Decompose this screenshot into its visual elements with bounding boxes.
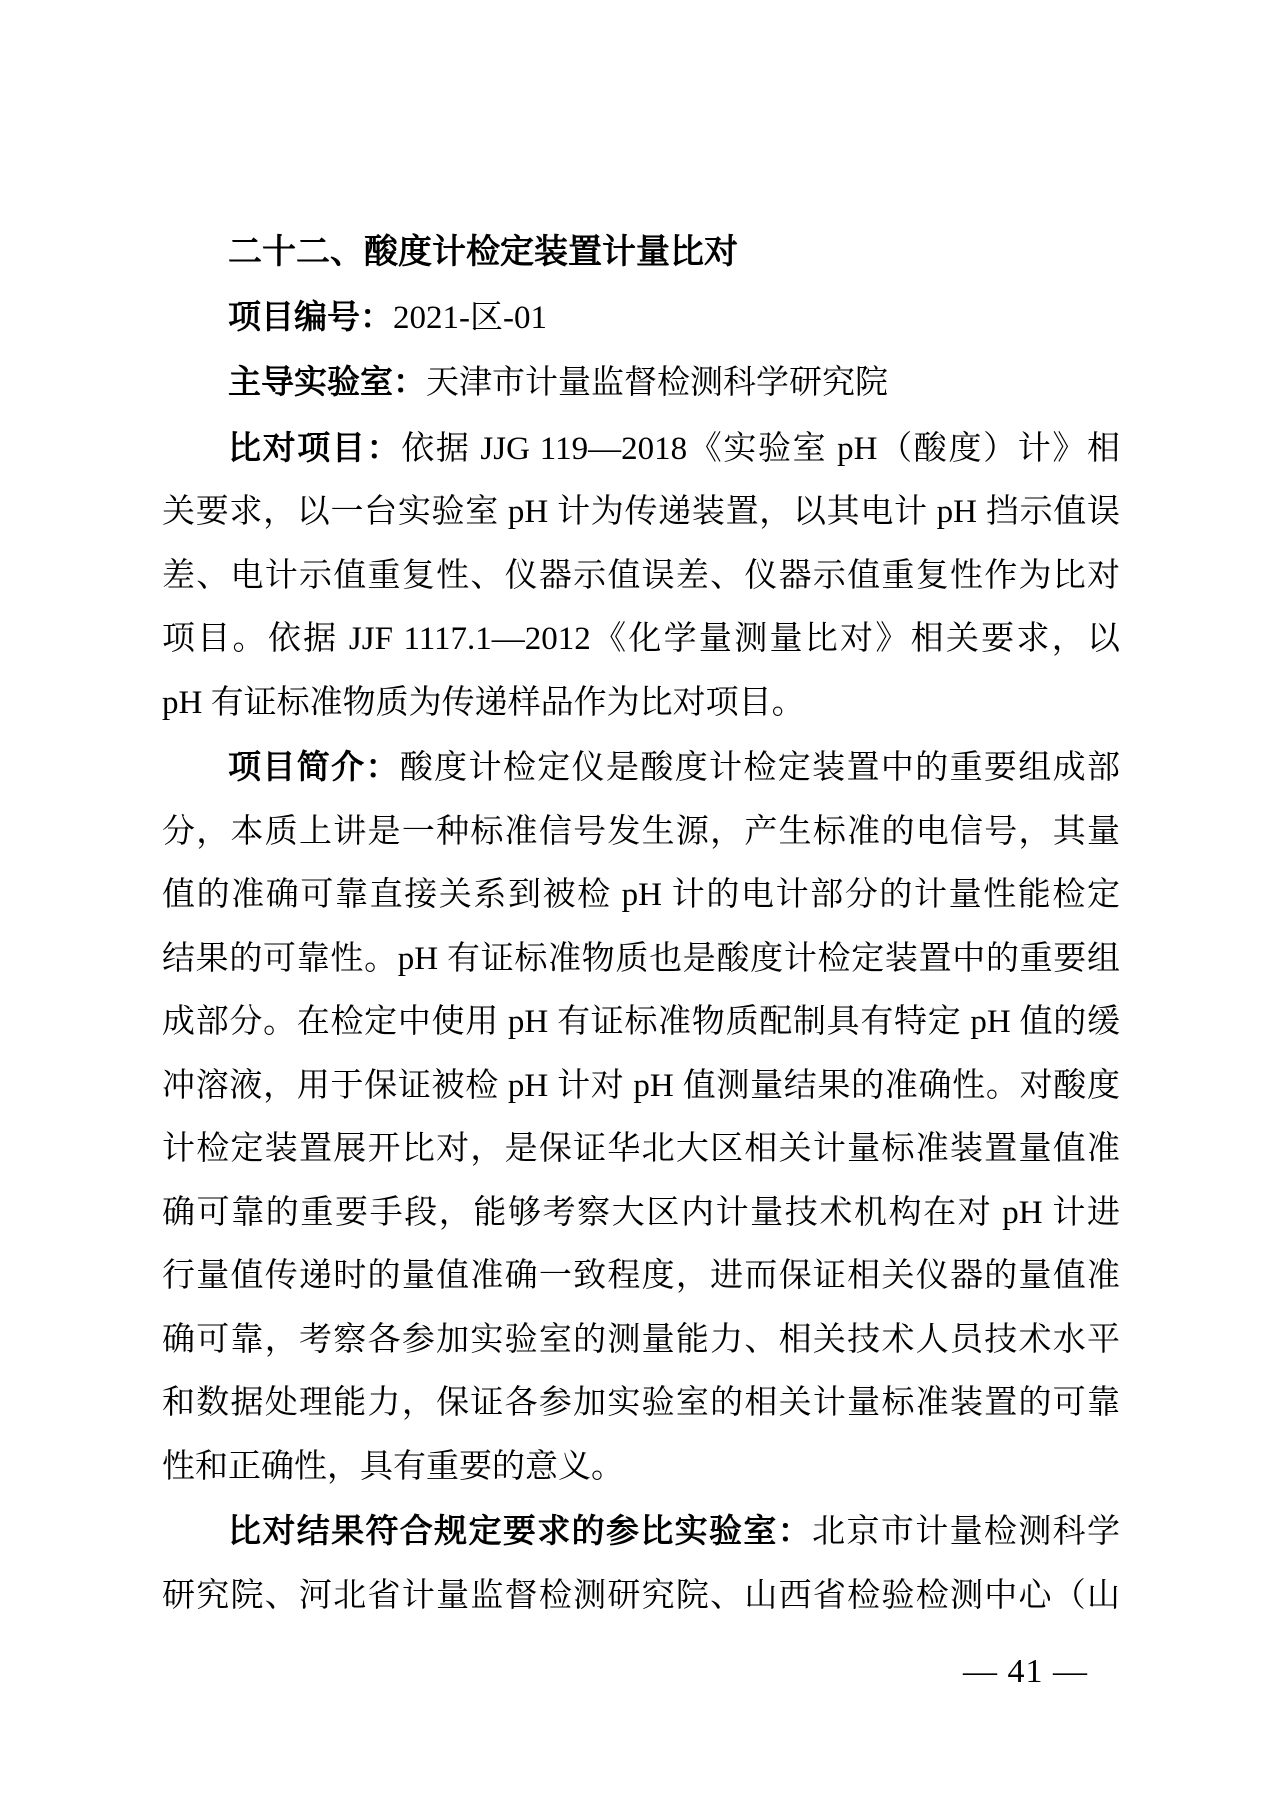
paragraph-text: 酸度计检定仪是酸度计检定装置中的重要组成部	[400, 750, 1120, 786]
paragraph-project-intro-line: 冲溶液，用于保证被检 pH 计对 pH 值测量结果的准确性。对酸度	[162, 1055, 1120, 1119]
paragraph-comparison-items-line: 项目。依据 JJF 1117.1—2012《化学量测量比对》相关要求，以	[162, 608, 1120, 672]
paragraph-project-intro-line: 行量值传递时的量值准确一致程度，进而保证相关仪器的量值准	[162, 1245, 1120, 1309]
field-project-number: 项目编号：2021-区-01	[162, 285, 1120, 351]
paragraph-project-intro-line: 确可靠的重要手段，能够考察大区内计量技术机构在对 pH 计进	[162, 1182, 1120, 1246]
paragraph-qualified-labs-line: 比对结果符合规定要求的参比实验室：北京市计量检测科学	[162, 1499, 1120, 1565]
paragraph-qualified-labs-line: 研究院、河北省计量监督检测研究院、山西省检验检测中心（山	[162, 1565, 1120, 1629]
paragraph-project-intro-line: 计检定装置展开比对，是保证华北大区相关计量标准装置量值准	[162, 1118, 1120, 1182]
paragraph-project-intro-line: 分，本质上讲是一种标准信号发生源，产生标准的电信号，其量	[162, 801, 1120, 865]
field-lead-laboratory: 主导实验室：天津市计量监督检测科学研究院	[162, 350, 1120, 416]
paragraph-project-intro-line: 值的准确可靠直接关系到被检 pH 计的电计部分的计量性能检定	[162, 864, 1120, 928]
field-label: 主导实验室：	[228, 363, 426, 400]
paragraph-project-intro-line: 结果的可靠性。pH 有证标准物质也是酸度计检定装置中的重要组	[162, 928, 1120, 992]
paragraph-project-intro-line: 性和正确性，具有重要的意义。	[162, 1436, 1120, 1500]
paragraph-label: 项目简介：	[228, 748, 400, 785]
page-number: — 41 —	[963, 1652, 1088, 1692]
paragraph-project-intro-line: 项目简介：酸度计检定仪是酸度计检定装置中的重要组成部	[162, 735, 1120, 801]
section-heading: 二十二、酸度计检定装置计量比对	[162, 221, 1120, 285]
paragraph-text: 北京市计量检测科学	[812, 1514, 1120, 1550]
field-value: 天津市计量监督检测科学研究院	[426, 365, 888, 401]
paragraph-comparison-items-line: 关要求，以一台实验室 pH 计为传递装置，以其电计 pH 挡示值误	[162, 481, 1120, 545]
document-body: 二十二、酸度计检定装置计量比对 项目编号：2021-区-01 主导实验室：天津市…	[162, 221, 1120, 1628]
field-label: 项目编号：	[228, 298, 393, 335]
paragraph-project-intro-line: 成部分。在检定中使用 pH 有证标准物质配制具有特定 pH 值的缓	[162, 991, 1120, 1055]
paragraph-comparison-items-line: 差、电计示值重复性、仪器示值误差、仪器示值重复性作为比对	[162, 545, 1120, 609]
paragraph-label: 比对结果符合规定要求的参比实验室：	[228, 1512, 812, 1549]
paragraph-project-intro-line: 和数据处理能力，保证各参加实验室的相关计量标准装置的可靠	[162, 1372, 1120, 1436]
document-page: 二十二、酸度计检定装置计量比对 项目编号：2021-区-01 主导实验室：天津市…	[0, 0, 1280, 1810]
paragraph-label: 比对项目：	[228, 429, 401, 466]
paragraph-project-intro-line: 确可靠，考察各参加实验室的测量能力、相关技术人员技术水平	[162, 1309, 1120, 1373]
field-value: 2021-区-01	[393, 300, 547, 336]
paragraph-text: 依据 JJG 119—2018《实验室 pH（酸度）计》相	[401, 431, 1120, 467]
paragraph-comparison-items-line: 比对项目：依据 JJG 119—2018《实验室 pH（酸度）计》相	[162, 416, 1120, 482]
paragraph-comparison-items-line: pH 有证标准物质为传递样品作为比对项目。	[162, 672, 1120, 736]
